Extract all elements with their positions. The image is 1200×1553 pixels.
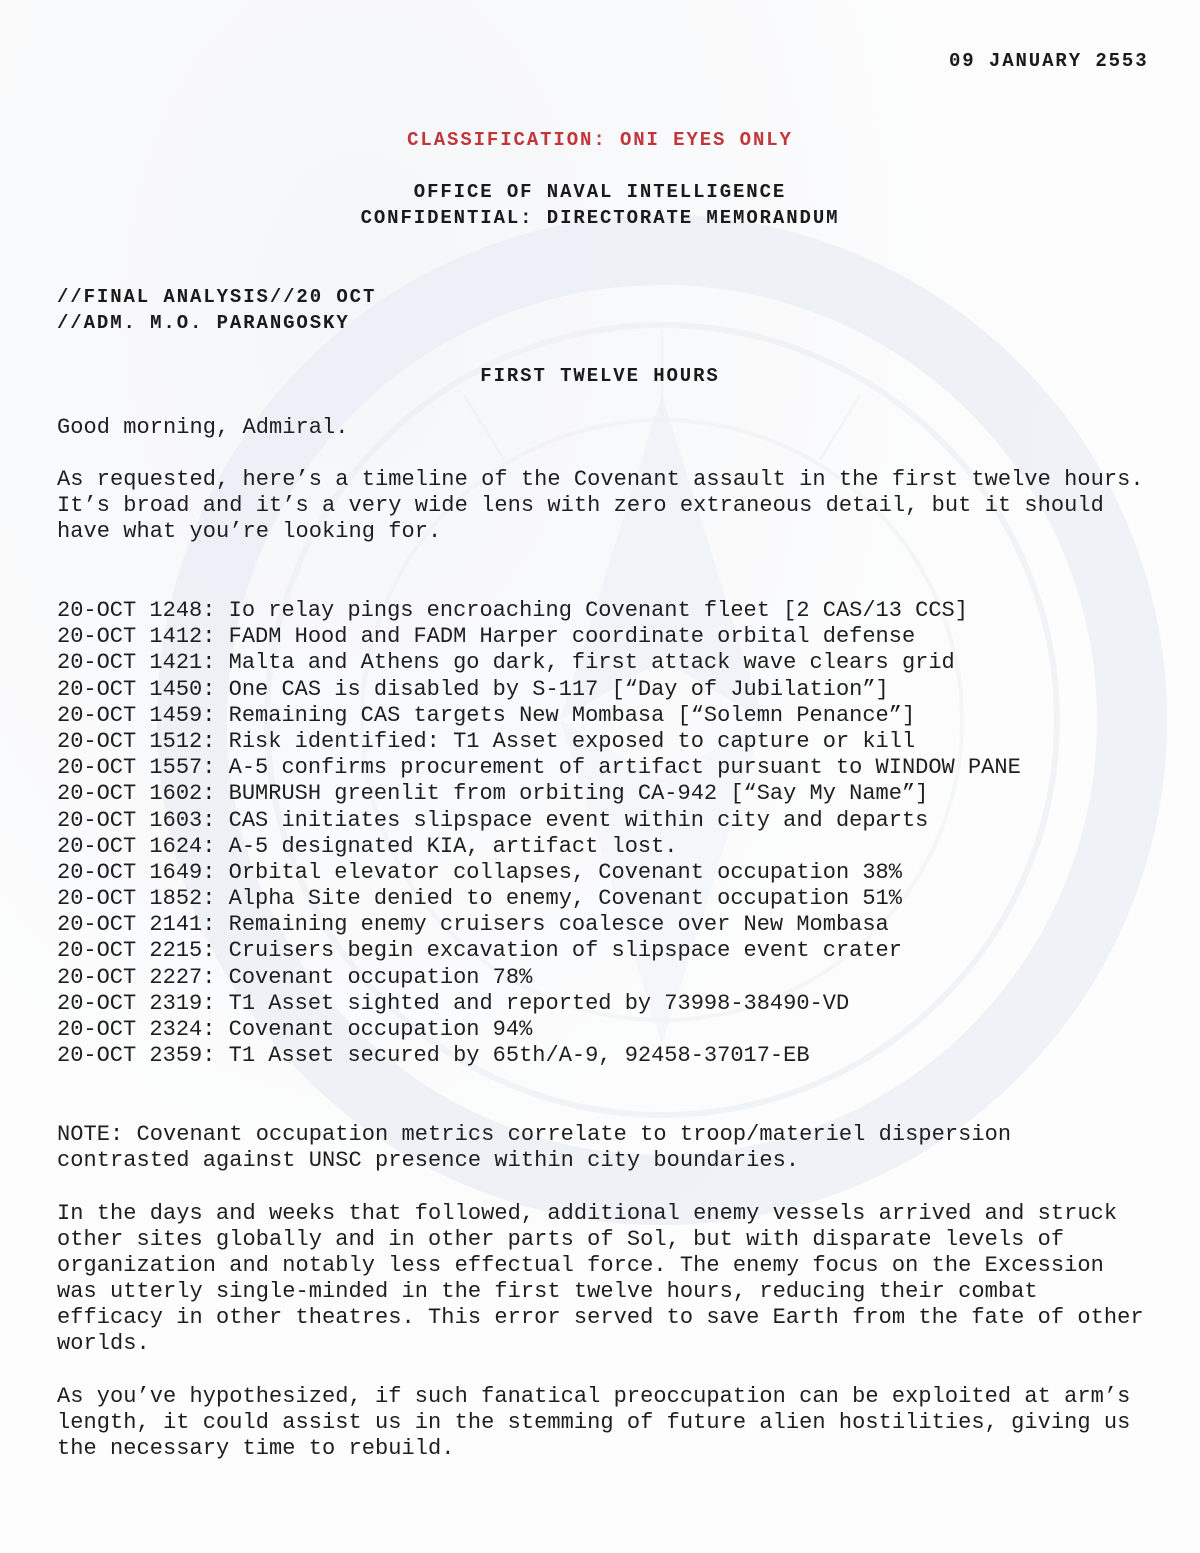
timeline-event: T1 Asset secured by 65th/A-9, 92458-3701… [229, 1043, 810, 1068]
timeline-stamp: 20-OCT 1421: [57, 650, 215, 675]
timeline-stamp: 20-OCT 2359: [57, 1043, 215, 1068]
aftermath-line-6: worlds. [57, 1331, 150, 1357]
memo-date: 09 JANUARY 2553 [949, 48, 1149, 74]
aftermath-line-5: efficacy in other theatres. This error s… [57, 1305, 1144, 1331]
timeline-stamp: 20-OCT 1649: [57, 860, 215, 885]
timeline-entry: 20-OCT 1512: Risk identified: T1 Asset e… [57, 729, 1021, 755]
timeline-event: Covenant occupation 78% [229, 965, 533, 990]
timeline-stamp: 20-OCT 1450: [57, 677, 215, 702]
timeline-entry: 20-OCT 1412: FADM Hood and FADM Harper c… [57, 624, 1021, 650]
closing-line-3: the necessary time to rebuild. [57, 1436, 455, 1462]
note-line-1: NOTE: Covenant occupation metrics correl… [57, 1122, 1011, 1148]
timeline-event: Risk identified: T1 Asset exposed to cap… [229, 729, 916, 754]
timeline-stamp: 20-OCT 1852: [57, 886, 215, 911]
routing-analysis: //FINAL ANALYSIS//20 OCT [57, 284, 376, 310]
timeline-stamp: 20-OCT 1459: [57, 703, 215, 728]
routing-recipient: //ADM. M.O. PARANGOSKY [57, 310, 350, 336]
timeline-stamp: 20-OCT 1602: [57, 781, 215, 806]
timeline-event: A-5 confirms procurement of artifact pur… [229, 755, 1021, 780]
timeline-entry: 20-OCT 1852: Alpha Site denied to enemy,… [57, 886, 1021, 912]
greeting: Good morning, Admiral. [57, 415, 349, 441]
timeline-entry: 20-OCT 2227: Covenant occupation 78% [57, 965, 1021, 991]
note-line-2: contrasted against UNSC presence within … [57, 1148, 799, 1174]
timeline-event: A-5 designated KIA, artifact lost. [229, 834, 678, 859]
timeline-event: T1 Asset sighted and reported by 73998-3… [229, 991, 850, 1016]
timeline-stamp: 20-OCT 1603: [57, 808, 215, 833]
timeline-stamp: 20-OCT 1412: [57, 624, 215, 649]
timeline-stamp: 20-OCT 1512: [57, 729, 215, 754]
timeline-event: CAS initiates slipspace event within cit… [229, 808, 929, 833]
timeline-entry: 20-OCT 1459: Remaining CAS targets New M… [57, 703, 1021, 729]
timeline-entry: 20-OCT 2324: Covenant occupation 94% [57, 1017, 1021, 1043]
memo-page: 09 JANUARY 2553 CLASSIFICATION: ONI EYES… [0, 0, 1200, 1553]
timeline-stamp: 20-OCT 2324: [57, 1017, 215, 1042]
timeline-entry: 20-OCT 1557: A-5 confirms procurement of… [57, 755, 1021, 781]
timeline-event: Remaining enemy cruisers coalesce over N… [229, 912, 889, 937]
aftermath-line-1: In the days and weeks that followed, add… [57, 1201, 1117, 1227]
timeline-stamp: 20-OCT 1248: [57, 598, 215, 623]
timeline-entry: 20-OCT 1421: Malta and Athens go dark, f… [57, 650, 1021, 676]
timeline-event: FADM Hood and FADM Harper coordinate orb… [229, 624, 916, 649]
timeline-event: One CAS is disabled by S-117 [“Day of Ju… [229, 677, 889, 702]
timeline-event: Cruisers begin excavation of slipspace e… [229, 938, 902, 963]
timeline-entry: 20-OCT 2141: Remaining enemy cruisers co… [57, 912, 1021, 938]
timeline-stamp: 20-OCT 1624: [57, 834, 215, 859]
classification-banner: CLASSIFICATION: ONI EYES ONLY [0, 127, 1200, 153]
timeline-entry: 20-OCT 1603: CAS initiates slipspace eve… [57, 808, 1021, 834]
timeline-entry: 20-OCT 2359: T1 Asset secured by 65th/A-… [57, 1043, 1021, 1069]
intro-line-1: As requested, here’s a timeline of the C… [57, 467, 1144, 493]
timeline-stamp: 20-OCT 1557: [57, 755, 215, 780]
office-name: OFFICE OF NAVAL INTELLIGENCE [0, 179, 1200, 205]
timeline-stamp: 20-OCT 2319: [57, 991, 215, 1016]
intro-line-2: It’s broad and it’s a very wide lens wit… [57, 493, 1104, 519]
timeline-entry: 20-OCT 1649: Orbital elevator collapses,… [57, 860, 1021, 886]
timeline-event: Remaining CAS targets New Mombasa [“Sole… [229, 703, 916, 728]
closing-line-2: length, it could assist us in the stemmi… [57, 1410, 1130, 1436]
closing-line-1: As you’ve hypothesized, if such fanatica… [57, 1384, 1130, 1410]
timeline-event: Io relay pings encroaching Covenant flee… [229, 598, 968, 623]
aftermath-line-4: was utterly single-minded in the first t… [57, 1279, 1038, 1305]
timeline-entry: 20-OCT 1624: A-5 designated KIA, artifac… [57, 834, 1021, 860]
timeline-event: Alpha Site denied to enemy, Covenant occ… [229, 886, 902, 911]
section-title: FIRST TWELVE HOURS [0, 363, 1200, 389]
timeline-entry: 20-OCT 1450: One CAS is disabled by S-11… [57, 677, 1021, 703]
timeline-event: Orbital elevator collapses, Covenant occ… [229, 860, 902, 885]
intro-line-3: have what you’re looking for. [57, 519, 441, 545]
timeline-entry: 20-OCT 2319: T1 Asset sighted and report… [57, 991, 1021, 1017]
timeline-entry: 20-OCT 2215: Cruisers begin excavation o… [57, 938, 1021, 964]
timeline-list: 20-OCT 1248: Io relay pings encroaching … [57, 598, 1021, 1069]
aftermath-line-2: other sites globally and in other parts … [57, 1227, 1064, 1253]
timeline-entry: 20-OCT 1602: BUMRUSH greenlit from orbit… [57, 781, 1021, 807]
timeline-event: BUMRUSH greenlit from orbiting CA-942 [“… [229, 781, 929, 806]
timeline-stamp: 20-OCT 2227: [57, 965, 215, 990]
timeline-event: Malta and Athens go dark, first attack w… [229, 650, 955, 675]
timeline-event: Covenant occupation 94% [229, 1017, 533, 1042]
memo-type: CONFIDENTIAL: DIRECTORATE MEMORANDUM [0, 205, 1200, 231]
timeline-entry: 20-OCT 1248: Io relay pings encroaching … [57, 598, 1021, 624]
timeline-stamp: 20-OCT 2215: [57, 938, 215, 963]
aftermath-line-3: organization and notably less effectual … [57, 1253, 1104, 1279]
timeline-stamp: 20-OCT 2141: [57, 912, 215, 937]
